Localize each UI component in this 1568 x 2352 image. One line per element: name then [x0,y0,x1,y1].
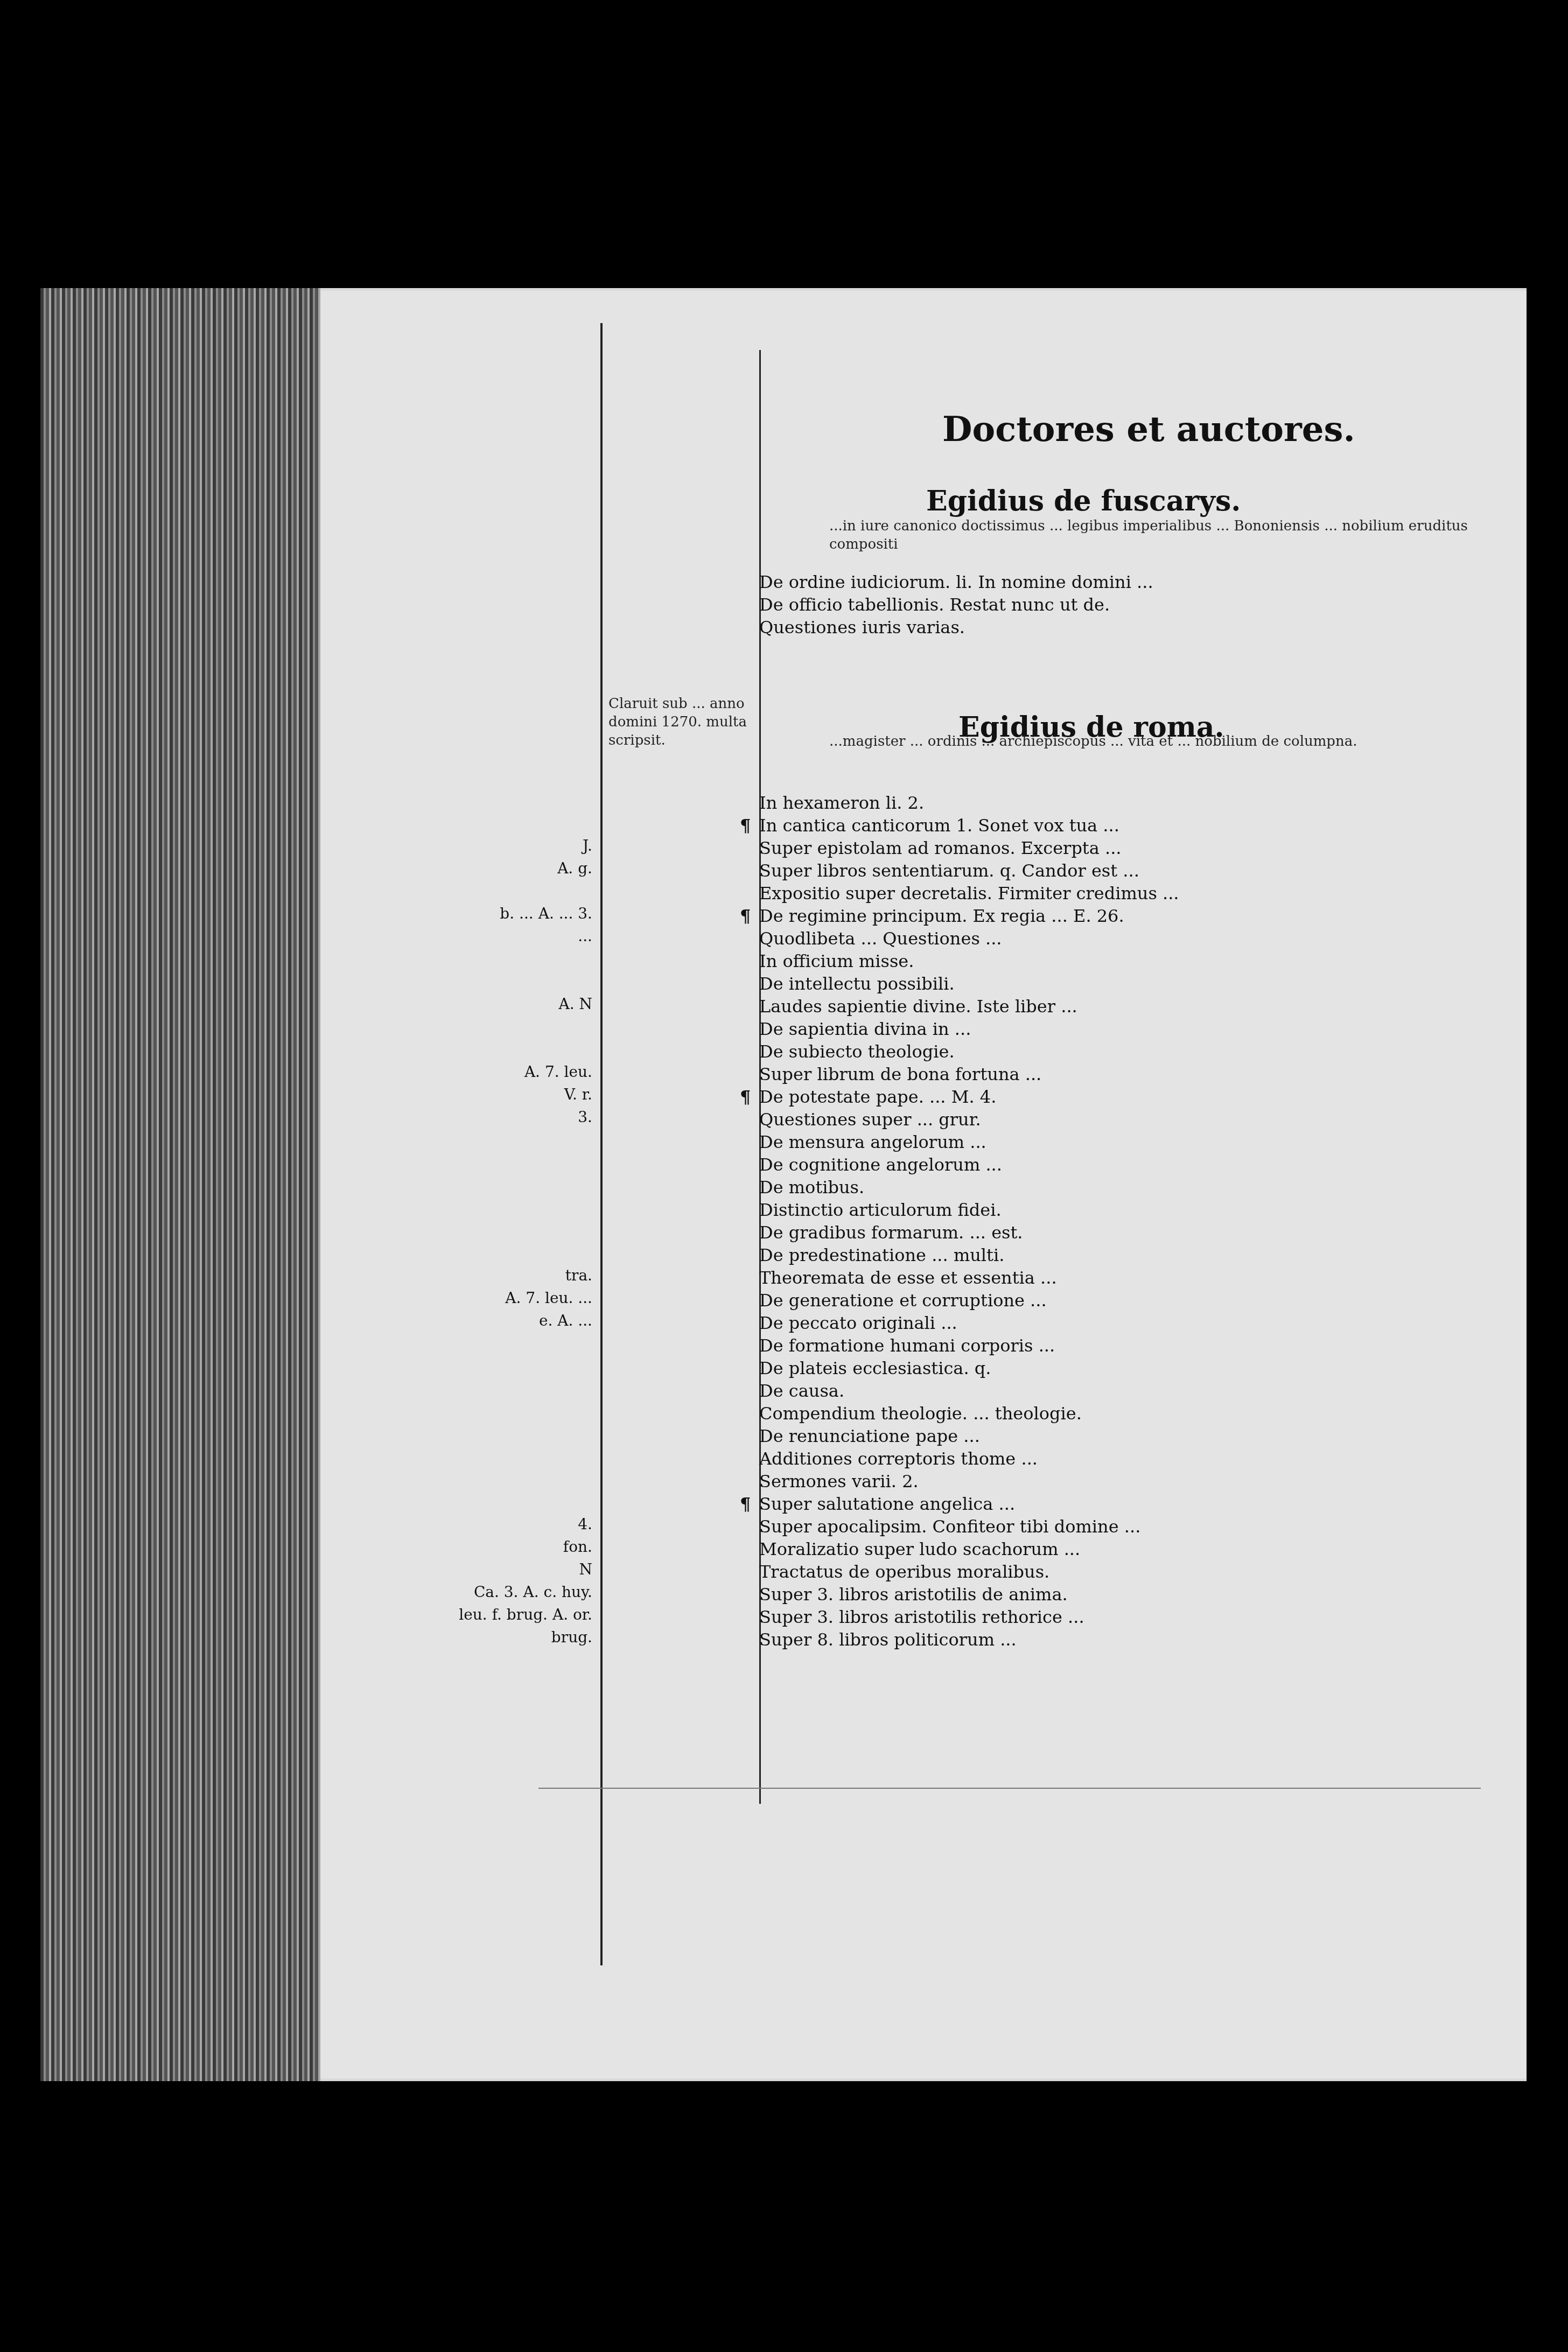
section-note: ...magister ... ordinis ... archiepiscop… [829,732,1502,751]
entry-text: Additiones correptoris thome ... [759,1448,1038,1469]
entry: Compendium theologie. ... theologie. [759,1402,1513,1425]
margin-note: A. 7. leu. ... [377,1289,592,1307]
entry-text: De potestate pape. ... M. 4. [759,1087,996,1107]
entry: Quodlibeta ... Questiones ... [759,927,1513,950]
margin-note: V. r. [377,1086,592,1103]
entry-text: De generatione et corruptione ... [759,1290,1047,1311]
entry: In officium misse. [759,950,1513,972]
entry-text: In officium misse. [759,951,914,971]
entry-text: De regimine principum. Ex regia ... E. 2… [759,906,1124,926]
margin-note: A. g. [377,859,592,877]
entry: De sapientia divina in ... [759,1018,1513,1040]
entry: De motibus. [759,1176,1513,1199]
entry-text: De mensura angelorum ... [759,1132,986,1152]
entry: ¶In cantica canticorum 1. Sonet vox tua … [759,814,1513,837]
margin-note: brug. [377,1628,592,1646]
entry: De mensura angelorum ... [759,1131,1513,1153]
entry-text: Expositio super decretalis. Firmiter cre… [759,883,1179,904]
entry: De formatione humani corporis ... [759,1334,1513,1357]
entry-text: Super libros sententiarum. q. Candor est… [759,860,1139,881]
section-note: ...in iure canonico doctissimus ... legi… [829,517,1502,554]
entry-text: De plateis ecclesiastica. q. [759,1358,991,1378]
margin-note: J. [377,837,592,855]
pilcrow-icon: ¶ [740,814,759,837]
entry-text: De causa. [759,1381,844,1401]
margin-note: ... [377,927,592,945]
entry-text: In hexameron li. 2. [759,793,924,813]
entry-text: Super librum de bona fortuna ... [759,1064,1041,1084]
entry-text: Sermones varii. 2. [759,1471,919,1492]
entry-text: Super epistolam ad romanos. Excerpta ... [759,838,1121,858]
entry: De renunciatione pape ... [759,1425,1513,1447]
entry-text: Distinctio articulorum fidei. [759,1200,1002,1220]
book-edge [40,288,320,2081]
margin-note: Ca. 3. A. c. huy. [377,1583,592,1601]
entry-text: Moralizatio super ludo scachorum ... [759,1539,1080,1559]
entry: De intellectu possibili. [759,972,1513,995]
margin-note: e. A. ... [377,1312,592,1329]
entry-text: Laudes sapientie divine. Iste liber ... [759,996,1077,1017]
ruling-line-bottom [538,1788,1481,1789]
entry: Super epistolam ad romanos. Excerpta ... [759,837,1513,859]
page-title: Doctores et auctores. [942,409,1355,450]
entry-text: Super 3. libros aristotilis rethorice ..… [759,1607,1084,1627]
entry-text: Tractatus de operibus moralibus. [759,1562,1049,1582]
margin-note: tra. [377,1266,592,1284]
margin-note: A. 7. leu. [377,1063,592,1081]
entry-text: De renunciatione pape ... [759,1426,980,1446]
entry: ¶De potestate pape. ... M. 4. [759,1086,1513,1108]
entry: Theoremata de esse et essentia ... [759,1266,1513,1289]
entry-text: De motibus. [759,1177,864,1198]
entry-text: Super 3. libros aristotilis de anima. [759,1584,1068,1605]
entry: Super 3. libros aristotilis de anima. [759,1583,1513,1606]
side-note: Claruit sub ... anno domini 1270. multa … [608,695,754,750]
entry: De gradibus formarum. ... est. [759,1221,1513,1244]
entry: Super libros sententiarum. q. Candor est… [759,859,1513,882]
entry-list: In hexameron li. 2.¶In cantica canticoru… [759,792,1513,1651]
entry: De cognitione angelorum ... [759,1153,1513,1176]
entry: De officio tabellionis. Restat nunc ut d… [759,593,1153,616]
entry-text: Super 8. libros politicorum ... [759,1629,1017,1650]
entry-text: De formatione humani corporis ... [759,1335,1055,1356]
entry: De peccato originali ... [759,1312,1513,1334]
entry: De ordine iudiciorum. li. In nomine domi… [759,571,1153,593]
entry-text: Compendium theologie. ... theologie. [759,1403,1082,1424]
entry: Tractatus de operibus moralibus. [759,1560,1513,1583]
entry: Super 3. libros aristotilis rethorice ..… [759,1606,1513,1628]
entry: ¶Super salutatione angelica ... [759,1493,1513,1515]
entry: ¶De regimine principum. Ex regia ... E. … [759,905,1513,927]
entry: Super apocalipsim. Confiteor tibi domine… [759,1515,1513,1538]
entry-text: Theoremata de esse et essentia ... [759,1268,1057,1288]
entry: De causa. [759,1380,1513,1402]
pilcrow-icon: ¶ [740,1086,759,1108]
entry-text: Super apocalipsim. Confiteor tibi domine… [759,1516,1140,1537]
entry: Distinctio articulorum fidei. [759,1199,1513,1221]
margin-note: 3. [377,1108,592,1126]
pilcrow-icon: ¶ [740,1493,759,1515]
entry-text: Super salutatione angelica ... [759,1494,1015,1514]
entry: Questiones iuris varias. [759,616,1153,639]
entry: Expositio super decretalis. Firmiter cre… [759,882,1513,905]
entry: Super librum de bona fortuna ... [759,1063,1513,1086]
margin-note: A. N [377,995,592,1013]
entry: Super 8. libros politicorum ... [759,1628,1513,1651]
entry: De plateis ecclesiastica. q. [759,1357,1513,1380]
margin-note: b. ... A. ... 3. [377,905,592,922]
entry-text: De sapientia divina in ... [759,1019,971,1039]
entry: De subiecto theologie. [759,1040,1513,1063]
entry: Questiones super ... grur. [759,1108,1513,1131]
entry-text: De cognitione angelorum ... [759,1154,1002,1175]
entry: Laudes sapientie divine. Iste liber ... [759,995,1513,1018]
entry-text: Quodlibeta ... Questiones ... [759,928,1002,949]
entry-text: De gradibus formarum. ... est. [759,1222,1023,1243]
entry: In hexameron li. 2. [759,792,1513,814]
margin-note: fon. [377,1538,592,1556]
entry-text: De predestinatione ... multi. [759,1245,1004,1265]
margin-note: leu. f. brug. A. or. [377,1606,592,1623]
entry-text: Questiones super ... grur. [759,1109,981,1130]
margin-note: 4. [377,1515,592,1533]
entry-text: De intellectu possibili. [759,974,955,994]
entry: Moralizatio super ludo scachorum ... [759,1538,1513,1560]
pilcrow-icon: ¶ [740,905,759,927]
margin-note: N [377,1560,592,1578]
entry: Additiones correptoris thome ... [759,1447,1513,1470]
entry-text: De peccato originali ... [759,1313,957,1333]
section-heading: Egidius de fuscarys. [926,485,1241,517]
entry-text: De subiecto theologie. [759,1041,955,1062]
entry: De predestinatione ... multi. [759,1244,1513,1266]
entry: De generatione et corruptione ... [759,1289,1513,1312]
ruling-line-left [600,323,603,1965]
entry: Sermones varii. 2. [759,1470,1513,1493]
entry-text: In cantica canticorum 1. Sonet vox tua .… [759,815,1119,836]
